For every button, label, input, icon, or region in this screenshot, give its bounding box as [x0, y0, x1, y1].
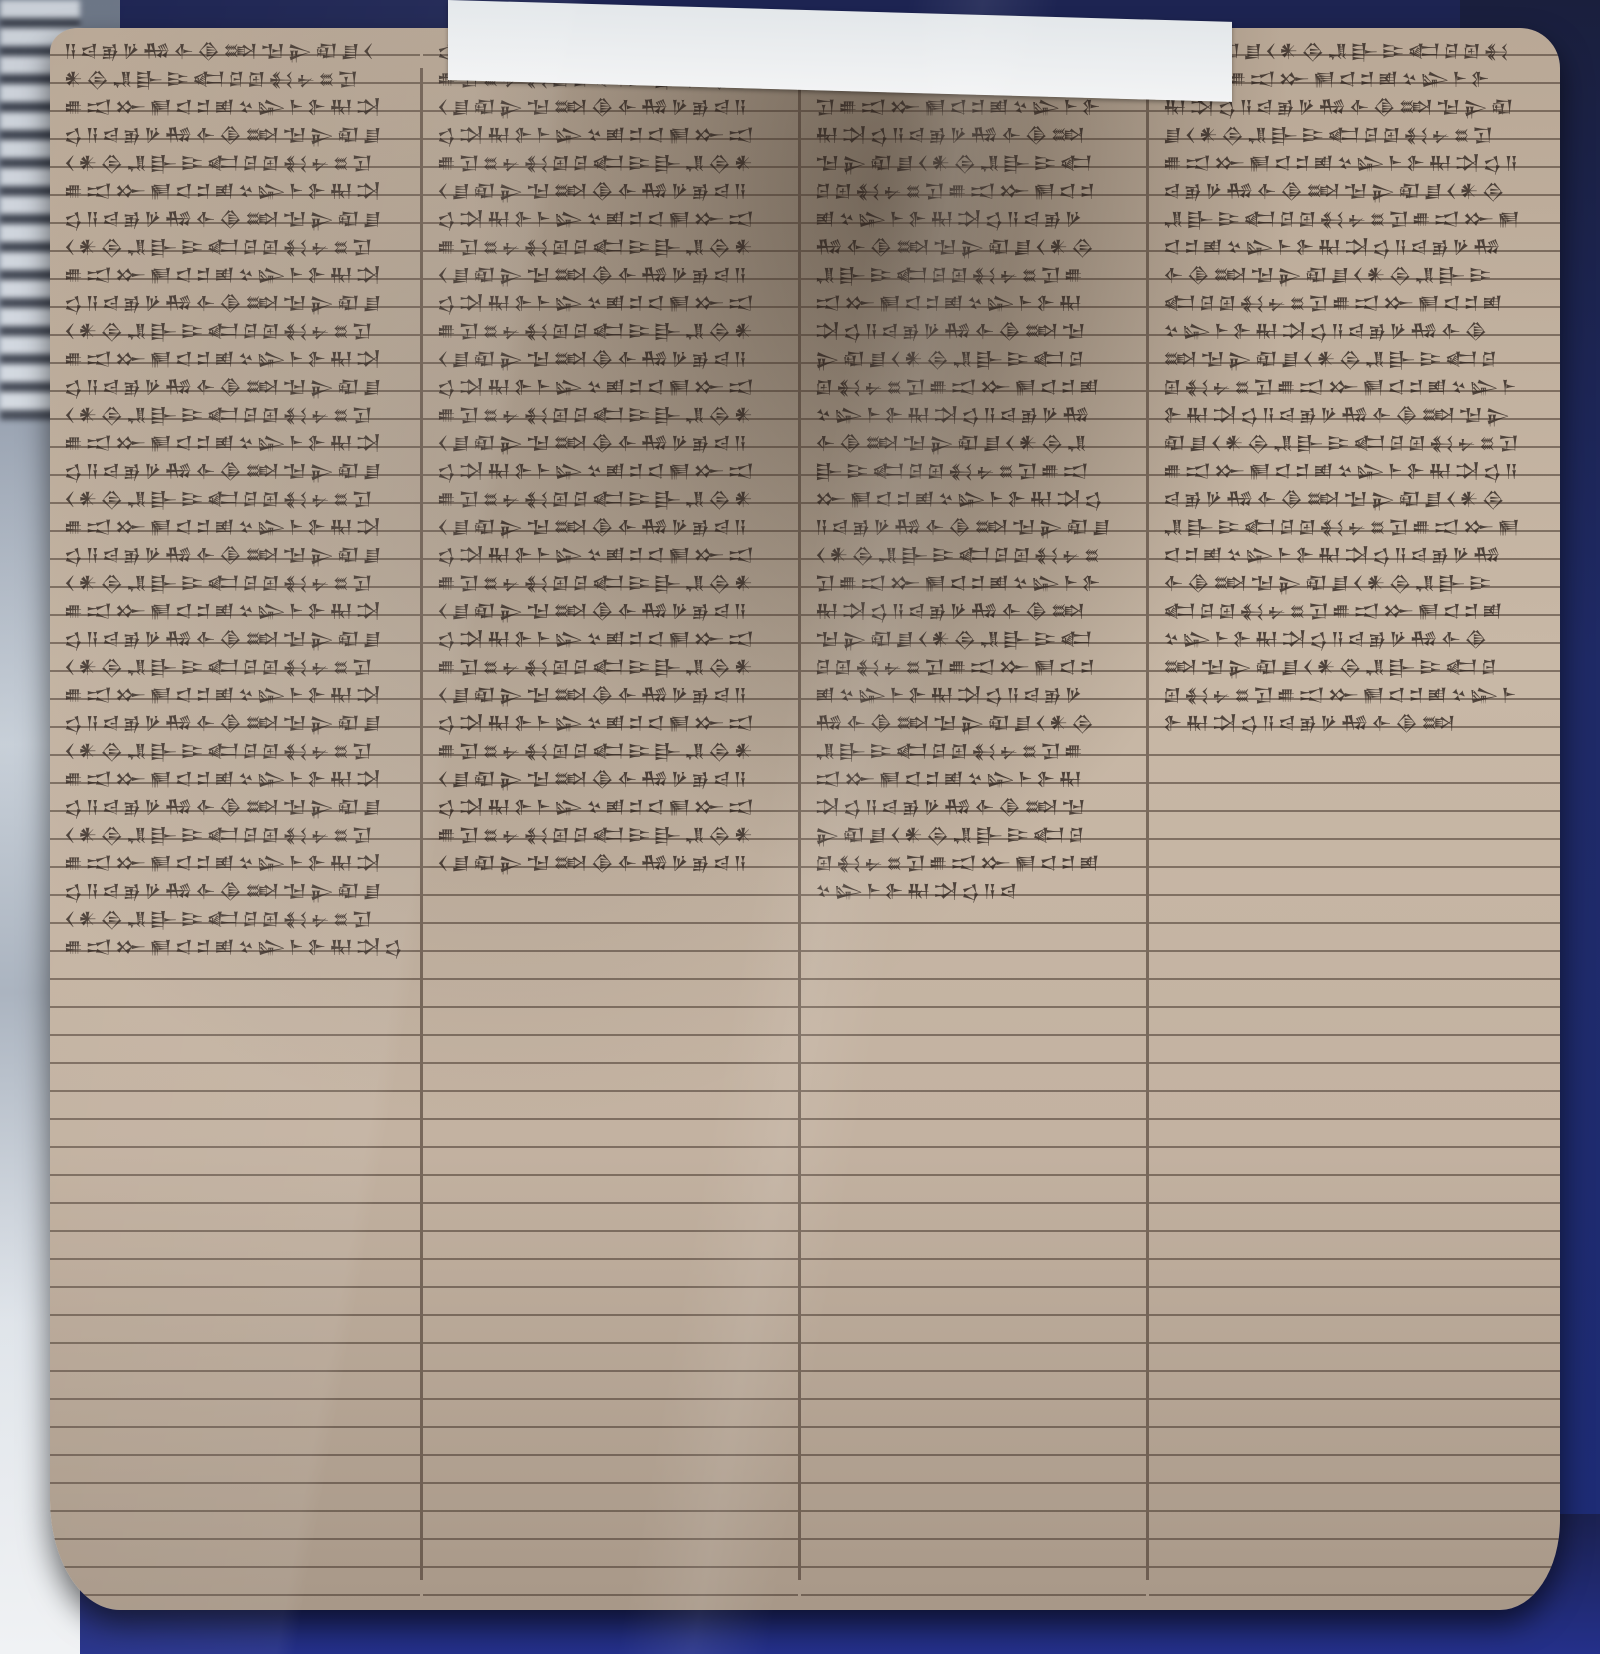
- tablet-column-1: 𒀀𒁀𒂊𒃻𒄀𒅆𒆠𒇷𒈠𒉌𒊏𒋗𒌋𒀭𒁲𒂗𒃲𒄿𒅗𒆪𒇻𒈬𒉡𒊺𒋛𒌑𒀊𒁍𒂍𒃰𒄑𒅖𒆳𒇽𒈨𒉿𒊑𒋫𒌓𒀀…: [50, 28, 420, 1610]
- tablet-column-3: 𒂊𒃻𒄀𒅆𒆠𒇷𒈠𒉌𒊏𒋗𒌋𒀭𒁲𒂗𒃲𒄿𒅗𒆪𒇻𒈬𒉡𒊺𒋛𒌑𒀊𒁍𒂍𒃰𒄑𒅖𒆳𒇽𒈨𒉿𒊑𒋫𒌓𒀀𒁀𒂊…: [801, 28, 1146, 1610]
- tablet-column-2: 𒌓𒋫𒊑𒉿𒈨𒇽𒆳𒅖𒄑𒃰𒂍𒁍𒀊𒌑𒋛𒊺𒉡𒈬𒇻𒆪𒅗𒄿𒃲𒂗𒁲𒀭𒌋𒋗𒊏𒉌𒈠𒇷𒆠𒅆𒄀𒃻𒂊𒁀𒀀𒌓…: [423, 28, 798, 1610]
- cuneiform-text: 𒀀𒁀𒂊𒃻𒄀𒅆𒆠𒇷𒈠𒉌𒊏𒋗𒌋𒀭𒁲𒂗𒃲𒄿𒅗𒆪𒇻𒈬𒉡𒊺𒋛𒌑𒀊𒁍𒂍𒃰𒄑𒅖𒆳𒇽𒈨𒉿𒊑𒋫𒌓𒀀…: [64, 38, 406, 1600]
- tablet-column-4: 𒈠𒉌𒊏𒋗𒌋𒀭𒁲𒂗𒃲𒄿𒅗𒆪𒇻𒈬𒉡𒊺𒋛𒌑𒀊𒁍𒂍𒃰𒄑𒅖𒆳𒇽𒈨𒉿𒊑𒋫𒌓𒀀𒁀𒂊𒃻𒄀𒅆𒆠𒇷𒈠…: [1149, 28, 1560, 1610]
- cuneiform-text: 𒈠𒉌𒊏𒋗𒌋𒀭𒁲𒂗𒃲𒄿𒅗𒆪𒇻𒈬𒉡𒊺𒋛𒌑𒀊𒁍𒂍𒃰𒄑𒅖𒆳𒇽𒈨𒉿𒊑𒋫𒌓𒀀𒁀𒂊𒃻𒄀𒅆𒆠𒇷𒈠…: [1163, 38, 1546, 1600]
- museum-display-photo: 𒀀𒁀𒂊𒃻𒄀𒅆𒆠𒇷𒈠𒉌𒊏𒋗𒌋𒀭𒁲𒂗𒃲𒄿𒅗𒆪𒇻𒈬𒉡𒊺𒋛𒌑𒀊𒁍𒂍𒃰𒄑𒅖𒆳𒇽𒈨𒉿𒊑𒋫𒌓𒀀…: [0, 0, 1600, 1654]
- cuneiform-text: 𒌓𒋫𒊑𒉿𒈨𒇽𒆳𒅖𒄑𒃰𒂍𒁍𒀊𒌑𒋛𒊺𒉡𒈬𒇻𒆪𒅗𒄿𒃲𒂗𒁲𒀭𒌋𒋗𒊏𒉌𒈠𒇷𒆠𒅆𒄀𒃻𒂊𒁀𒀀𒌓…: [437, 38, 784, 1600]
- cuneiform-text: 𒂊𒃻𒄀𒅆𒆠𒇷𒈠𒉌𒊏𒋗𒌋𒀭𒁲𒂗𒃲𒄿𒅗𒆪𒇻𒈬𒉡𒊺𒋛𒌑𒀊𒁍𒂍𒃰𒄑𒅖𒆳𒇽𒈨𒉿𒊑𒋫𒌓𒀀𒁀𒂊…: [815, 38, 1132, 1600]
- cuneiform-tablet: 𒀀𒁀𒂊𒃻𒄀𒅆𒆠𒇷𒈠𒉌𒊏𒋗𒌋𒀭𒁲𒂗𒃲𒄿𒅗𒆪𒇻𒈬𒉡𒊺𒋛𒌑𒀊𒁍𒂍𒃰𒄑𒅖𒆳𒇽𒈨𒉿𒊑𒋫𒌓𒀀…: [50, 28, 1560, 1610]
